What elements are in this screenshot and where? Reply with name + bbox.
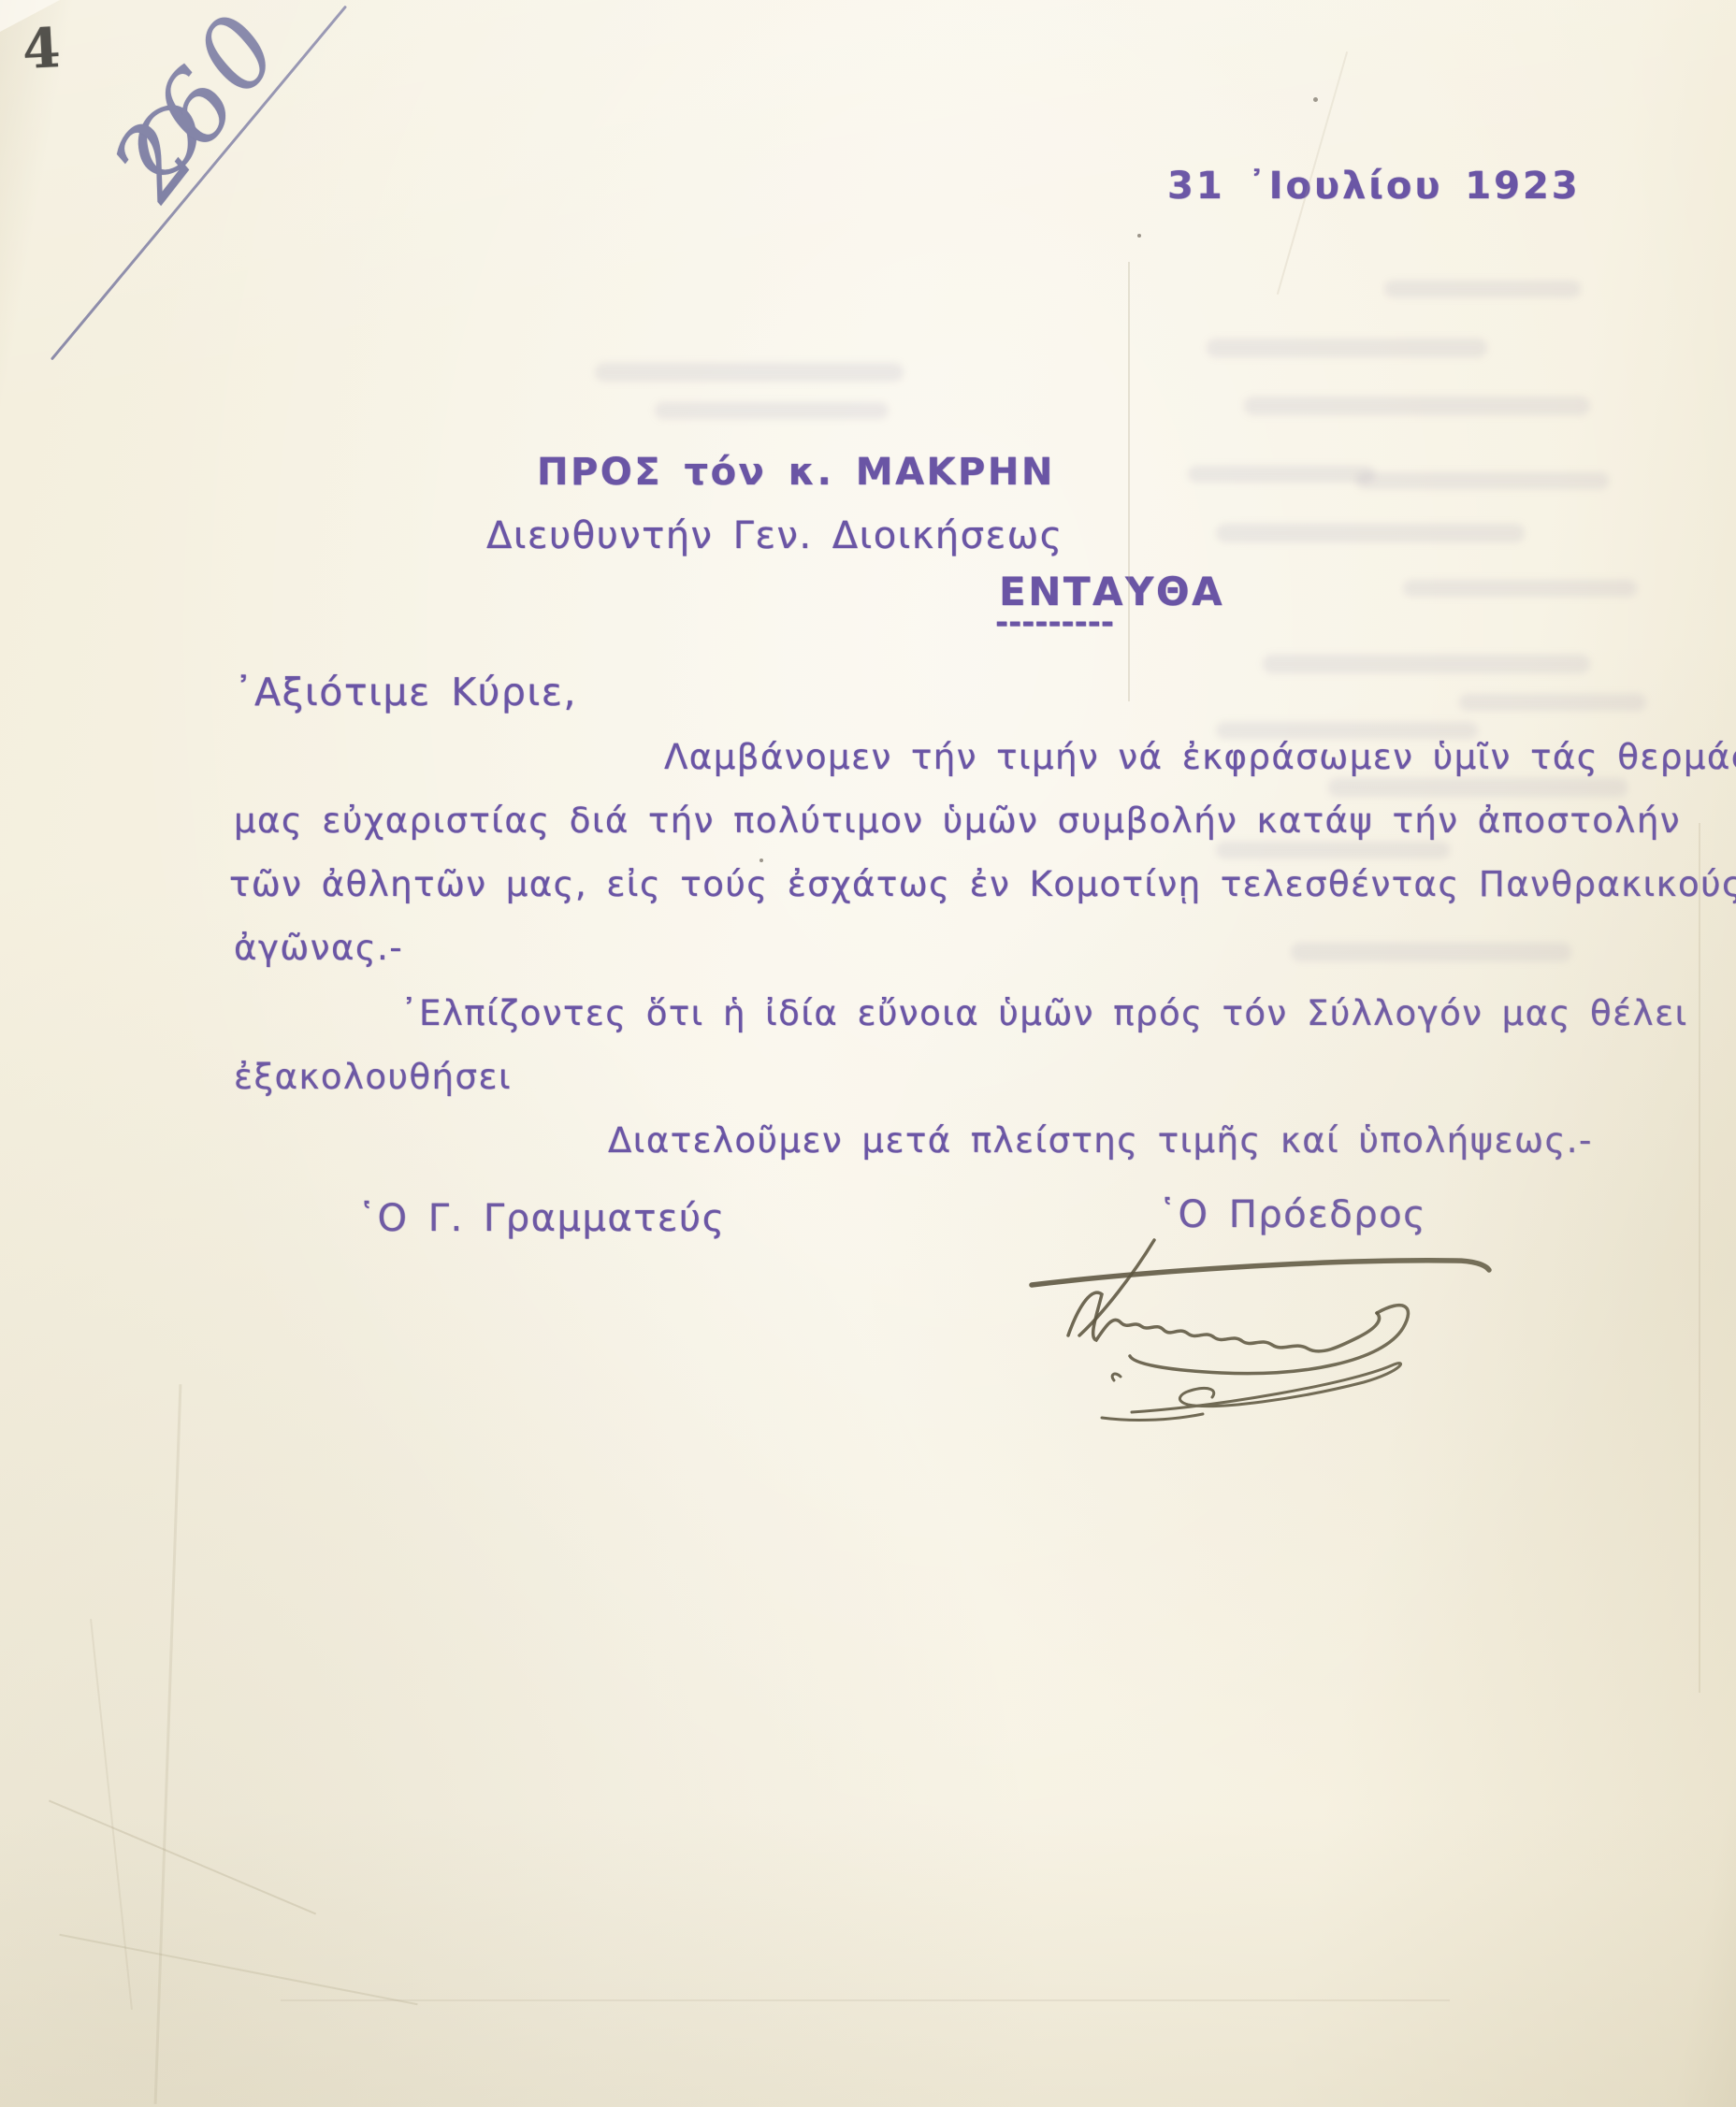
- signature-title-secretary: ῾Ο Γ. Γραμματεύς: [357, 1197, 726, 1240]
- body-paragraph2-line2: ἐξακολουθήσει: [234, 1057, 512, 1097]
- body-paragraph1-line3: τῶν ἀθλητῶν μας, εἰς τούς ἐσχάτως ἐν Κομ…: [229, 864, 1736, 904]
- bleedthrough-mark: [1403, 580, 1637, 597]
- president-signature-scribble: [990, 1233, 1513, 1438]
- bleedthrough-mark: [1216, 842, 1450, 859]
- date-line: 31 ᾿Ιουλίου 1923: [1167, 165, 1581, 208]
- recipient-line-1: ΠΡΟΣ τόν κ. ΜΑΚΡΗΝ: [537, 451, 1055, 494]
- bleedthrough-mark: [1263, 655, 1590, 673]
- bleedthrough-mark: [595, 363, 904, 382]
- body-paragraph2-line1: ᾿Ελπίζοντες ὅτι ἡ ἰδία εὔνοια ὑμῶν πρός …: [400, 993, 1688, 1033]
- salutation: ᾿Αξιότιμε Κύριε,: [234, 670, 577, 714]
- bleedthrough-mark: [1216, 524, 1525, 542]
- bleedthrough-mark: [1207, 339, 1487, 357]
- paper-crease: [59, 1934, 417, 2005]
- recipient-line-2: Διευθυντήν Γεν. Διοικήσεως: [486, 514, 1063, 557]
- ink-speck: [759, 859, 763, 862]
- bleedthrough-mark: [655, 402, 889, 419]
- bleedthrough-mark: [1188, 466, 1375, 483]
- bleedthrough-mark: [1459, 694, 1646, 711]
- closing-line: Διατελοῦμεν μετά πλείστης τιμῆς καί ὑπολ…: [608, 1120, 1593, 1161]
- registry-number: 260: [90, 0, 304, 220]
- recipient-underline: ---------: [995, 604, 1114, 642]
- body-paragraph1-line4: ἀγῶνας.-: [234, 928, 403, 968]
- ink-speck: [1137, 234, 1141, 238]
- bleedthrough-mark: [1244, 397, 1590, 415]
- paper-crease: [1128, 262, 1130, 701]
- stamp-numeral: 4: [21, 16, 62, 81]
- body-paragraph1-line1: Λαμβάνομεν τήν τιμήν νά ἐκφράσωμεν ὑμῖν …: [664, 737, 1736, 777]
- bleedthrough-mark: [1356, 472, 1609, 489]
- paper-crease: [154, 1384, 182, 2104]
- ink-speck: [1313, 97, 1318, 102]
- bleedthrough-mark: [1291, 943, 1571, 961]
- bleedthrough-mark: [1328, 778, 1627, 797]
- signature-title-president: ῾Ο Πρόεδρος: [1158, 1193, 1426, 1236]
- paper-crease: [49, 1800, 316, 1915]
- paper-crease: [281, 1999, 1450, 2001]
- paper-crease: [90, 1619, 133, 2010]
- bleedthrough-mark: [1384, 281, 1581, 297]
- paper-crease: [1699, 823, 1700, 1693]
- letter-page: 4 O 260 31 ᾿Ιουλίου 1923 ΠΡΟΣ τόν κ. ΜΑΚ…: [0, 0, 1736, 2107]
- body-paragraph1-line2: μας εὐχαριστίας διά τήν πολύτιμον ὑμῶν σ…: [234, 801, 1681, 841]
